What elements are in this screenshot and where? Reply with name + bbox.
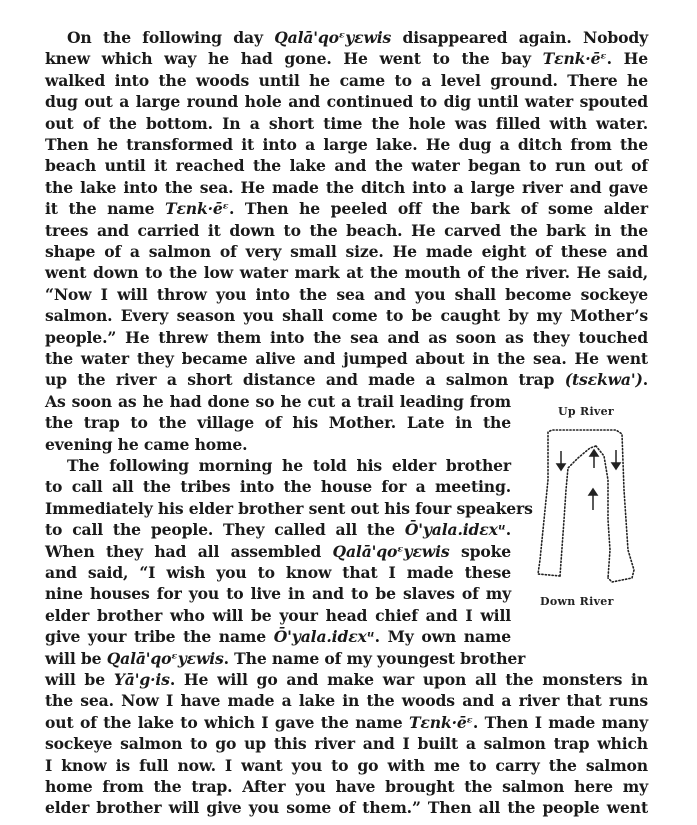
- native-term: Tɛnk·ēᵋ: [543, 49, 607, 68]
- text-run: The following morning he told his elder …: [67, 456, 511, 475]
- text-run: elder brother will give you some of them…: [45, 798, 648, 817]
- text-run: “Now I will throw you into the sea and y…: [45, 285, 648, 304]
- text-line: nine houses for you to live in and to be…: [45, 583, 511, 605]
- native-term: Tɛnk·ēᵋ: [165, 199, 229, 218]
- text-run: out of the bottom. In a short time the h…: [45, 114, 648, 133]
- down-arrow-icon: [557, 451, 565, 470]
- text-run: . My own name: [375, 627, 511, 646]
- text-line: it the name Tɛnk·ēᵋ. Then he peeled off …: [45, 198, 648, 220]
- text-run: walked into the woods until he came to a…: [45, 71, 648, 90]
- text-run: up the river a short distance and made a…: [45, 370, 565, 389]
- native-term: (tsɛkwa'): [565, 370, 643, 389]
- text-line: to call the people. They called all the …: [45, 519, 511, 541]
- text-line: Immediately his elder brother sent out h…: [45, 498, 511, 520]
- down-river-label: Down River: [540, 595, 614, 608]
- text-line: the lake into the sea. He made the ditch…: [45, 177, 648, 199]
- text-run: sockeye salmon to go up this river and I…: [45, 734, 648, 753]
- text-line: knew which way he had gone. He went to t…: [45, 48, 648, 70]
- trap-outline-figure: [528, 400, 658, 615]
- text-line: walked into the woods until he came to a…: [45, 70, 648, 92]
- text-line: As soon as he had done so he cut a trail…: [45, 391, 511, 413]
- text-run: salmon. Every season you shall come to b…: [45, 306, 648, 325]
- text-line: out of the bottom. In a short time the h…: [45, 113, 648, 135]
- text-line: will be Qalā'qoᵋyɛwis. The name of my yo…: [45, 648, 511, 670]
- text-run: disappeared again. Nobody: [391, 28, 648, 47]
- trap-inner-right-wall: [596, 446, 610, 578]
- text-run: . He will go and make war upon all the m…: [170, 670, 648, 689]
- text-run: evening he came home.: [45, 435, 247, 454]
- salmon-trap-diagram: Up River: [528, 400, 658, 615]
- text-line: up the river a short distance and made a…: [45, 369, 648, 391]
- text-run: Immediately his elder brother sent out h…: [45, 499, 533, 518]
- text-run: beach until it reached the lake and the …: [45, 156, 648, 175]
- text-line: and said, “I wish you to know that I mad…: [45, 562, 511, 584]
- text-run: nine houses for you to live in and to be…: [45, 584, 511, 603]
- trap-outer-wall: [538, 430, 634, 582]
- native-term: Tɛnk·ēᵋ: [409, 713, 473, 732]
- native-term: Qalā'qoᵋyɛwis: [274, 28, 391, 47]
- up-arrow-icon: [590, 450, 598, 468]
- text-run: As soon as he had done so he cut a trail…: [45, 392, 511, 411]
- native-term: Ō'yala.idɛxᵘ: [274, 627, 375, 646]
- text-run: the water they became alive and jumped a…: [45, 349, 648, 368]
- text-run: . Then he peeled off the bark of some al…: [229, 199, 648, 218]
- text-run: will be: [45, 670, 114, 689]
- text-line: people.” He threw them into the sea and …: [45, 327, 648, 349]
- text-run: . The name of my youngest brother: [224, 649, 526, 668]
- text-line: Then he transformed it into a large lake…: [45, 134, 648, 156]
- text-run: give your tribe the name: [45, 627, 274, 646]
- text-line: “Now I will throw you into the sea and y…: [45, 284, 648, 306]
- text-line: When they had all assembled Qalā'qoᵋyɛwi…: [45, 541, 511, 563]
- text-line: the sea. Now I have made a lake in the w…: [45, 690, 648, 712]
- text-line: elder brother who will be your head chie…: [45, 605, 511, 627]
- native-term: Qalā'qoᵋyɛwis: [107, 649, 224, 668]
- text-run: went down to the low water mark at the m…: [45, 263, 648, 282]
- text-run: elder brother who will be your head chie…: [45, 606, 511, 625]
- text-run: it the name: [45, 199, 165, 218]
- down-arrow-icon: [612, 450, 620, 469]
- native-term: Ō'yala.idɛxᵘ: [405, 520, 506, 539]
- text-line: sockeye salmon to go up this river and I…: [45, 733, 648, 755]
- text-line: trees and carried it down to the beach. …: [45, 220, 648, 242]
- text-line: I know is full now. I want you to go wit…: [45, 755, 648, 777]
- text-line: The following morning he told his elder …: [45, 455, 511, 477]
- text-run: .: [643, 370, 648, 389]
- text-run: . He: [607, 49, 648, 68]
- text-line: out of the lake to which I gave the name…: [45, 712, 648, 734]
- text-line: home from the trap. After you have broug…: [45, 776, 648, 798]
- text-run: .: [506, 520, 511, 539]
- text-line: evening he came home.: [45, 434, 511, 456]
- text-line: dug out a large round hole and continued…: [45, 91, 648, 113]
- text-run: to call all the tribes into the house fo…: [45, 477, 511, 496]
- text-run: I know is full now. I want you to go wit…: [45, 756, 648, 775]
- text-run: Then he transformed it into a large lake…: [45, 135, 648, 154]
- text-line: shape of a salmon of very small size. He…: [45, 241, 648, 263]
- text-line: went down to the low water mark at the m…: [45, 262, 648, 284]
- native-term: Yā'g·is: [114, 670, 170, 689]
- text-run: shape of a salmon of very small size. He…: [45, 242, 648, 261]
- text-run: will be: [45, 649, 107, 668]
- trap-inner-left-wall: [560, 446, 596, 576]
- text-run: out of the lake to which I gave the name: [45, 713, 409, 732]
- text-run: people.” He threw them into the sea and …: [45, 328, 648, 347]
- text-line: beach until it reached the lake and the …: [45, 155, 648, 177]
- up-arrow-icon: [589, 489, 597, 510]
- native-term: Qalā'qoᵋyɛwis: [333, 542, 450, 561]
- text-run: trees and carried it down to the beach. …: [45, 221, 648, 240]
- text-line: salmon. Every season you shall come to b…: [45, 305, 648, 327]
- text-run: home from the trap. After you have broug…: [45, 777, 648, 796]
- text-line: the water they became alive and jumped a…: [45, 348, 648, 370]
- text-run: knew which way he had gone. He went to t…: [45, 49, 543, 68]
- text-run: . Then I made many: [473, 713, 648, 732]
- text-line: elder brother will give you some of them…: [45, 797, 648, 819]
- text-run: When they had all assembled: [45, 542, 333, 561]
- text-line: On the following day Qalā'qoᵋyɛwis disap…: [45, 27, 648, 49]
- text-run: On the following day: [67, 28, 274, 47]
- text-line: the trap to the village of his Mother. L…: [45, 412, 511, 434]
- text-line: to call all the tribes into the house fo…: [45, 476, 511, 498]
- text-run: the trap to the village of his Mother. L…: [45, 413, 511, 432]
- document-page: On the following day Qalā'qoᵋyɛwis disap…: [0, 0, 697, 825]
- text-run: dug out a large round hole and continued…: [45, 92, 648, 111]
- text-run: the sea. Now I have made a lake in the w…: [45, 691, 648, 710]
- text-line: give your tribe the name Ō'yala.idɛxᵘ. M…: [45, 626, 511, 648]
- text-run: to call the people. They called all the: [45, 520, 405, 539]
- text-run: the lake into the sea. He made the ditch…: [45, 178, 648, 197]
- text-run: and said, “I wish you to know that I mad…: [45, 563, 511, 582]
- text-line: will be Yā'g·is. He will go and make war…: [45, 669, 648, 691]
- text-run: spoke: [449, 542, 511, 561]
